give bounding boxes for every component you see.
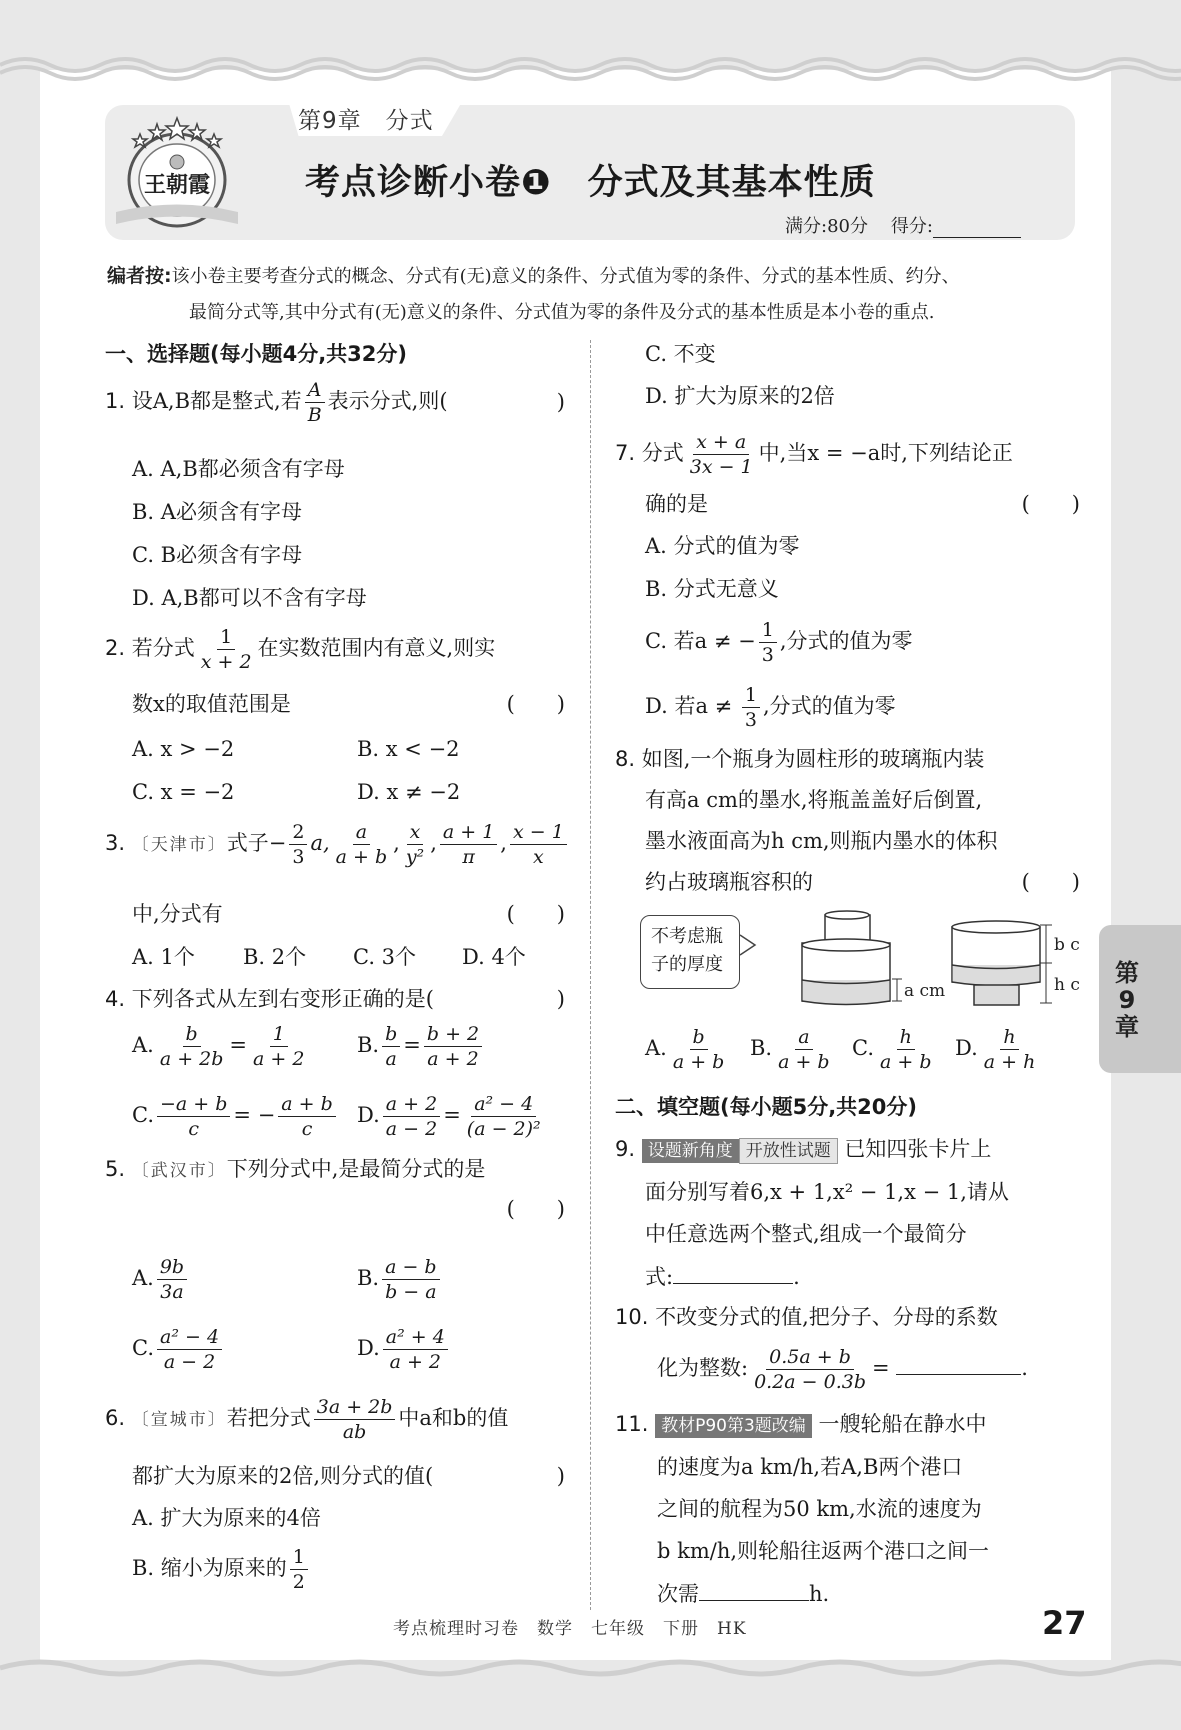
q4-option-c[interactable]: C.−a + bc= −a + bc (132, 1092, 339, 1141)
question-11-line2: 的速度为a km/h,若A,B两个港口 (657, 1453, 962, 1481)
q8-option-c[interactable]: C.ha + b (852, 1025, 938, 1074)
question-9-line3: 中任意选两个整式,组成一个最简分 (645, 1220, 967, 1248)
question-8-line4: 约占玻璃瓶容积的( ) (645, 868, 1080, 896)
question-6-line2: 都扩大为原来的2倍,则分式的值() (132, 1462, 565, 1490)
q5-option-b[interactable]: B.a − bb − a (357, 1255, 443, 1304)
svg-text:a cm: a cm (904, 981, 945, 1001)
question-11: 11. 教材P90第3题改编 一艘轮船在静水中 (615, 1410, 986, 1438)
answer-paren[interactable]: ( ) (507, 900, 565, 928)
q2-option-d[interactable]: D. x ≠ −2 (357, 778, 460, 806)
page-title: 考点诊断小卷❶ 分式及其基本性质 (305, 155, 876, 205)
answer-paren[interactable]: ( ) (1022, 490, 1080, 518)
q3-option-a[interactable]: A. 1个 (132, 943, 195, 971)
question-9-line4: 式:. (645, 1262, 800, 1291)
wave-border-top (0, 45, 1181, 85)
question-11-line4: b km/h,则轮船往返两个港口之间一 (657, 1537, 989, 1565)
question-8-line2: 有高a cm的墨水,将瓶盖盖好后倒置, (645, 786, 982, 814)
question-8: 8. 如图,一个瓶身为圆柱形的玻璃瓶内装 (615, 745, 984, 773)
q10-answer-blank[interactable] (896, 1353, 1021, 1375)
question-2: 2. 若分式1x + 2在实数范围内有意义,则实 (105, 625, 495, 674)
fraction: AB (305, 378, 325, 427)
question-4: 4. 下列各式从左到右变形正确的是() (105, 985, 565, 1013)
question-1: 1. 设A,B都是整式,若AB表示分式,则( ) (105, 378, 565, 427)
q4-option-d[interactable]: D.a + 2a − 2=a² − 4(a − 2)² (357, 1092, 547, 1141)
question-9-line2: 面分别写着6,x + 1,x² − 1,x − 1,请从 (645, 1178, 1009, 1206)
q1-option-d[interactable]: D. A,B都可以不含有字母 (132, 584, 367, 612)
editor-note: 编者按:该小卷主要考查分式的概念、分式有(无)意义的条件、分式值为零的条件、分式… (107, 258, 1082, 331)
q3-option-c[interactable]: C. 3个 (353, 943, 416, 971)
question-10-line2: 化为整数:0.5a + b0.2a − 0.3b= . (657, 1345, 1028, 1394)
q6-option-c[interactable]: C. 不变 (645, 340, 716, 368)
q3-option-b[interactable]: B. 2个 (243, 943, 306, 971)
q7-option-a[interactable]: A. 分式的值为零 (645, 532, 800, 560)
q5-option-a[interactable]: A.9b3a (132, 1255, 190, 1304)
answer-paren[interactable]: ( ) (507, 1195, 565, 1223)
svg-text:王朝霞: 王朝霞 (144, 172, 210, 198)
q11-answer-blank[interactable] (699, 1579, 809, 1601)
tag-new-angle: 设题新角度 (642, 1139, 739, 1163)
question-10: 10. 不改变分式的值,把分子、分母的系数 (615, 1303, 998, 1331)
q7-option-c[interactable]: C. 若a ≠ −13,分式的值为零 (645, 618, 913, 667)
editor-note-line1: 该小卷主要考查分式的概念、分式有(无)意义的条件、分式值为零的条件、分式的基本性… (172, 266, 960, 287)
q7-option-d[interactable]: D. 若a ≠ 13,分式的值为零 (645, 683, 896, 732)
editor-note-line2: 最简分式等,其中分式有(无)意义的条件、分式值为零的条件及分式的基本性质是本小卷… (107, 295, 1082, 331)
q1-option-c[interactable]: C. B必须含有字母 (132, 541, 302, 569)
tag-textbook-source: 教材P90第3题改编 (655, 1414, 812, 1438)
question-3: 3. 〔天津市〕式子−23a,aa + b,xy²,a + 1π,x − 1x (105, 820, 570, 869)
q1-option-a[interactable]: A. A,B都必须含有字母 (132, 455, 345, 483)
question-11-line3: 之间的航程为50 km,水流的速度为 (657, 1495, 982, 1523)
question-9: 9. 设题新角度开放性试题 已知四张卡片上 (615, 1135, 991, 1164)
question-2-line2: 数x的取值范围是( ) (132, 690, 565, 718)
question-5: 5. 〔武汉市〕下列分式中,是最简分式的是 (105, 1155, 485, 1185)
question-7-line2: 确的是( ) (645, 490, 1080, 518)
chapter-side-tab-label: 第 9 章 (1112, 960, 1142, 1041)
score-blank[interactable] (933, 220, 1021, 238)
q3-option-d[interactable]: D. 4个 (462, 943, 526, 971)
fraction: 1x + 2 (198, 625, 255, 674)
publisher-logo: 王朝霞 (112, 112, 242, 234)
bottle-diagram: a cm b cm h cm (640, 905, 1080, 1010)
page-frame-left (0, 0, 40, 1730)
full-score: 满分:80分 (785, 216, 868, 237)
q8-bottle-figure: 不考虑瓶子的厚度 a cm b cm h cm (640, 905, 1080, 1010)
q5-option-c[interactable]: C.a² − 4a − 2 (132, 1325, 225, 1374)
q7-option-b[interactable]: B. 分式无意义 (645, 575, 779, 603)
answer-paren[interactable]: ( ) (1022, 868, 1080, 896)
chapter-label: 第9章 分式 (298, 102, 434, 135)
q6-option-d[interactable]: D. 扩大为原来的2倍 (645, 382, 835, 410)
q2-option-b[interactable]: B. x < −2 (357, 735, 460, 763)
tag-open-question: 开放性试题 (739, 1138, 838, 1164)
q4-option-b[interactable]: B.ba=b + 2a + 2 (357, 1022, 485, 1071)
question-3-line2: 中,分式有( ) (132, 900, 565, 928)
section-heading-choice: 一、选择题(每小题4分,共32分) (105, 340, 407, 368)
question-8-line3: 墨水液面高为h cm,则瓶内墨水的体积 (645, 827, 998, 855)
question-6: 6. 〔宣城市〕若把分式3a + 2bab中a和b的值 (105, 1395, 508, 1444)
q8-option-a[interactable]: A.ba + b (645, 1025, 730, 1074)
q5-option-d[interactable]: D.a² + 4a + 2 (357, 1325, 451, 1374)
q6-option-a[interactable]: A. 扩大为原来的4倍 (132, 1504, 321, 1532)
editor-note-label: 编者按: (107, 265, 172, 287)
q8-option-b[interactable]: B.aa + b (750, 1025, 836, 1074)
q9-answer-blank[interactable] (673, 1262, 793, 1284)
q2-option-c[interactable]: C. x = −2 (132, 778, 234, 806)
section-heading-fill: 二、填空题(每小题5分,共20分) (615, 1093, 917, 1121)
q2-option-a[interactable]: A. x > −2 (132, 735, 234, 763)
page-number: 27 (1042, 1604, 1087, 1642)
question-7: 7. 分式x + a3x − 1中,当x = −a时,下列结论正 (615, 430, 1013, 479)
q8-option-d[interactable]: D.ha + h (955, 1025, 1041, 1074)
score-line: 满分:80分 得分: (785, 212, 1021, 238)
q1-option-b[interactable]: B. A必须含有字母 (132, 498, 302, 526)
q6-option-b[interactable]: B. 缩小为原来的12 (132, 1545, 311, 1594)
question-11-line5: 次需h. (657, 1579, 829, 1608)
score-label: 得分: (891, 216, 933, 237)
answer-paren[interactable]: ( ) (507, 690, 565, 718)
wave-border-bottom (0, 1648, 1181, 1688)
footer-book-info: 考点梳理时习卷 数学 七年级 下册 HK (393, 1614, 747, 1639)
svg-text:b cm: b cm (1054, 935, 1080, 955)
column-divider (590, 340, 591, 1610)
page-frame-right (1111, 0, 1181, 1730)
q4-option-a[interactable]: A.ba + 2b=1a + 2 (132, 1022, 310, 1071)
svg-text:h cm: h cm (1054, 975, 1080, 995)
